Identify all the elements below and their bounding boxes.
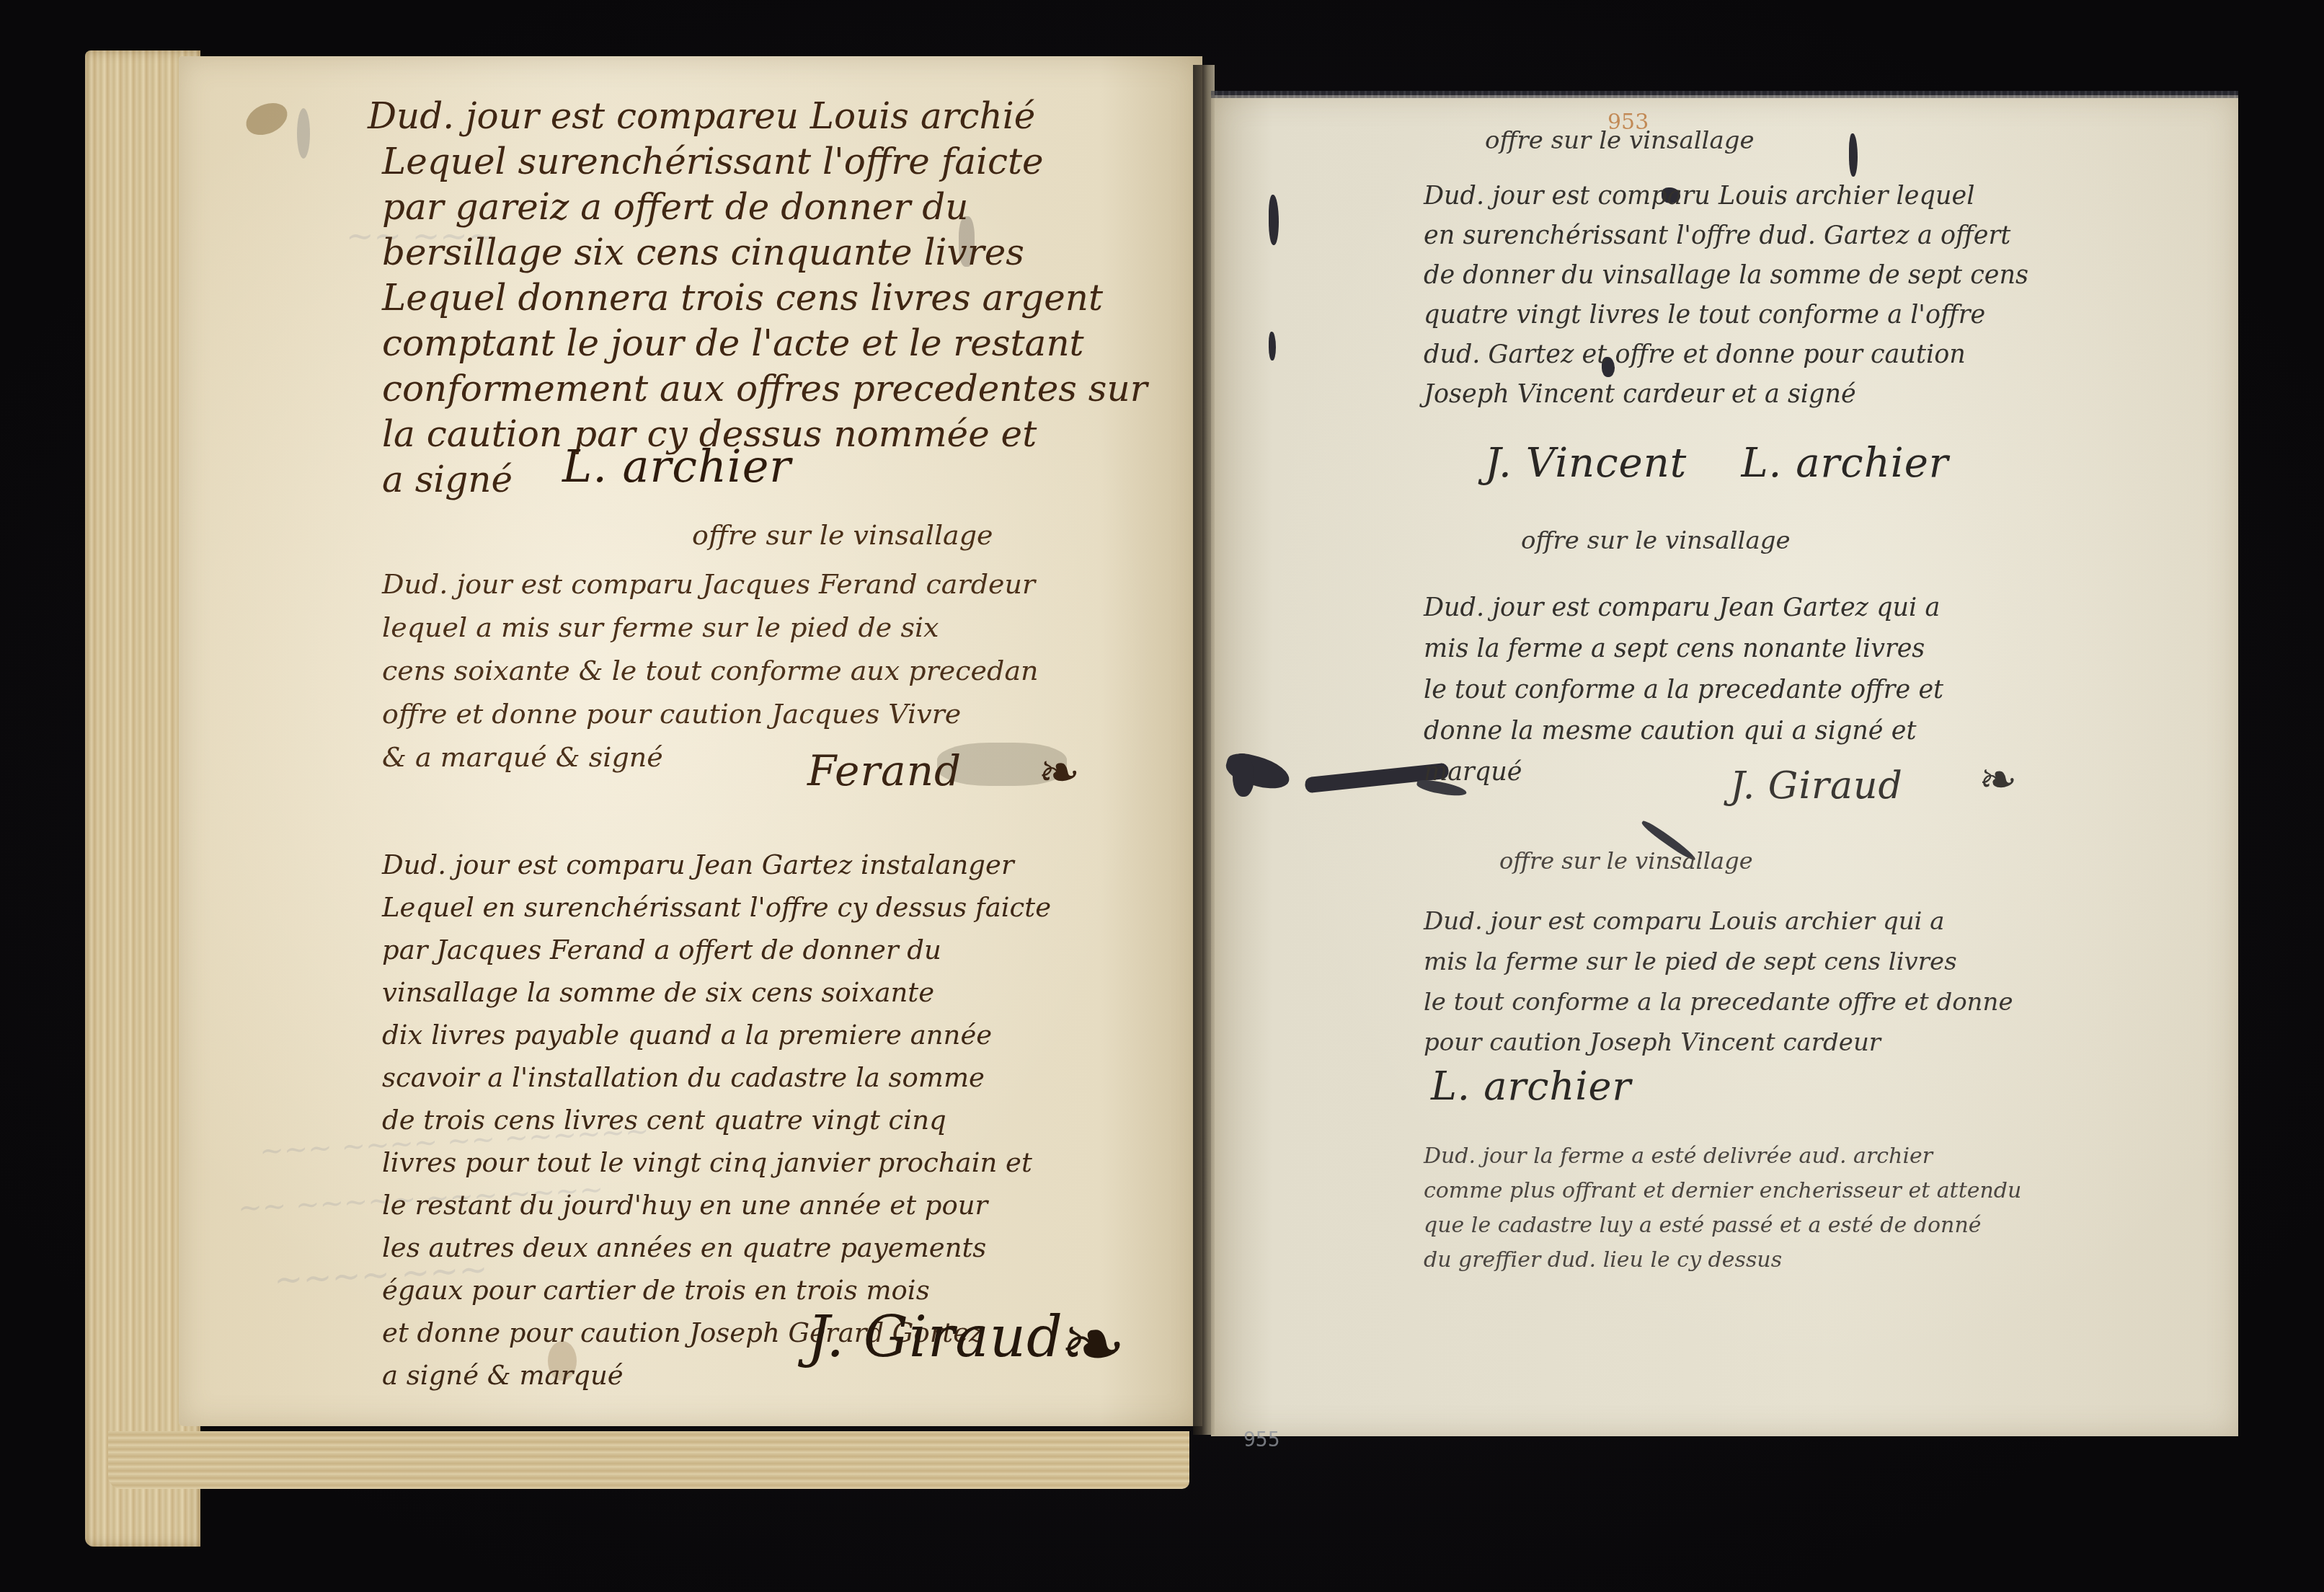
page-edges-bottom	[108, 1431, 1189, 1489]
paraph-flourish-icon: ❧	[1979, 753, 2018, 807]
text-line: offre et donne pour caution Jacques Vivr…	[382, 692, 1039, 735]
text-line: le restant du jourd'huy en une année et …	[382, 1184, 1051, 1226]
paraph-flourish-icon: ❧	[1038, 743, 1081, 802]
text-line: Dud. jour est comparu Jean Gartez instal…	[382, 844, 1051, 886]
text-line: livres pour tout le vingt cinq janvier p…	[382, 1141, 1051, 1184]
text-line: les autres deux années en quatre payemen…	[382, 1226, 1051, 1269]
entry-heading: offre sur le vinsallage	[1499, 847, 1753, 875]
ink-drip	[1269, 332, 1276, 361]
text-line: Dud. jour la ferme a esté delivrée aud. …	[1424, 1139, 2021, 1174]
text-line: Dud. jour est comparu Jacques Ferand car…	[382, 562, 1039, 606]
text-line: dix livres payable quand a la premiere a…	[382, 1014, 1051, 1056]
signature: J. Vincent L. archier	[1485, 440, 1949, 487]
text-line: de donner du vinsallage la somme de sept…	[1424, 256, 2028, 296]
signature-vincent: J. Vincent	[1485, 440, 1687, 487]
text-line: mis la ferme a sept cens nonante livres	[1424, 629, 1943, 670]
paraph-flourish-icon: ❧	[1060, 1298, 1126, 1390]
text-line: comme plus offrant et dernier encherisse…	[1424, 1174, 2021, 1208]
text-line: Dud. jour est comparu Louis archier qui …	[1424, 901, 2013, 942]
entry-heading: offre sur le vinsallage	[692, 519, 993, 551]
signature: J. Giraud	[807, 1305, 1063, 1370]
water-stain	[297, 108, 310, 159]
text-line: par gareiz a offert de donner du	[382, 185, 1148, 230]
text-line: Dud. jour est compareu Louis archié	[382, 94, 1148, 139]
text-line: Dud. jour est comparu Louis archier lequ…	[1424, 177, 2028, 216]
text-line: du greffier dud. lieu le cy dessus	[1424, 1243, 2021, 1278]
text-line: vinsallage la somme de six cens soixante	[382, 971, 1051, 1014]
text-line: par Jacques Ferand a offert de donner du	[382, 929, 1051, 971]
text-line: Joseph Vincent cardeur et a signé	[1424, 375, 2028, 415]
text-line: de trois cens livres cent quatre vingt c…	[382, 1099, 1051, 1141]
text-line: scavoir a l'installation du cadastre la …	[382, 1056, 1051, 1099]
text-line: bersillage six cens cinquante livres	[382, 230, 1148, 275]
text-line: que le cadastre luy a esté passé et a es…	[1424, 1208, 2021, 1243]
text-line: donne la mesme caution qui a signé et	[1424, 711, 1943, 752]
signature: L. archier	[562, 440, 791, 492]
right-entry-4-adjudication: Dud. jour la ferme a esté delivrée aud. …	[1424, 1139, 2021, 1278]
text-line: conformement aux offres precedentes sur	[382, 366, 1148, 412]
text-line: lequel a mis sur ferme sur le pied de si…	[382, 606, 1039, 649]
archive-stamp-number: 955	[1243, 1428, 1280, 1451]
text-line: en surenchérissant l'offre dud. Gartez a…	[1424, 216, 2028, 256]
signature-archier: L. archier	[1741, 440, 1948, 487]
entry-heading: offre sur le vinsallage	[1485, 126, 1755, 155]
text-line: mis la ferme sur le pied de sept cens li…	[1424, 942, 2013, 982]
text-line: dud. Gartez et offre et donne pour cauti…	[1424, 335, 2028, 375]
text-line: Lequel donnera trois cens livres argent	[382, 275, 1148, 321]
text-line: comptant le jour de l'acte et le restant	[382, 321, 1148, 366]
text-line: quatre vingt livres le tout conforme a l…	[1424, 296, 2028, 335]
signature: Ferand	[807, 746, 962, 795]
text-line: Dud. jour est comparu Jean Gartez qui a	[1424, 588, 1943, 629]
entry-heading: offre sur le vinsallage	[1521, 526, 1791, 555]
text-line: pour caution Joseph Vincent cardeur	[1424, 1022, 2013, 1063]
text-line: cens soixante & le tout conforme aux pre…	[382, 649, 1039, 692]
right-page-torn-edge	[1211, 91, 2238, 98]
text-line: le tout conforme a la precedante offre e…	[1424, 670, 1943, 711]
right-entry-1: Dud. jour est comparu Louis archier lequ…	[1424, 177, 2028, 415]
signature: J. Giraud	[1730, 764, 1903, 808]
book-gutter	[1193, 65, 1215, 1435]
right-entry-2: Dud. jour est comparu Jean Gartez qui a …	[1424, 588, 1943, 793]
signature: L. archier	[1431, 1063, 1631, 1109]
text-line: le tout conforme a la precedante offre e…	[1424, 982, 2013, 1022]
text-line: Lequel surenchérissant l'offre faicte	[382, 139, 1148, 185]
text-line: Lequel en surenchérissant l'offre cy des…	[382, 886, 1051, 929]
right-entry-3: Dud. jour est comparu Louis archier qui …	[1424, 901, 2013, 1063]
